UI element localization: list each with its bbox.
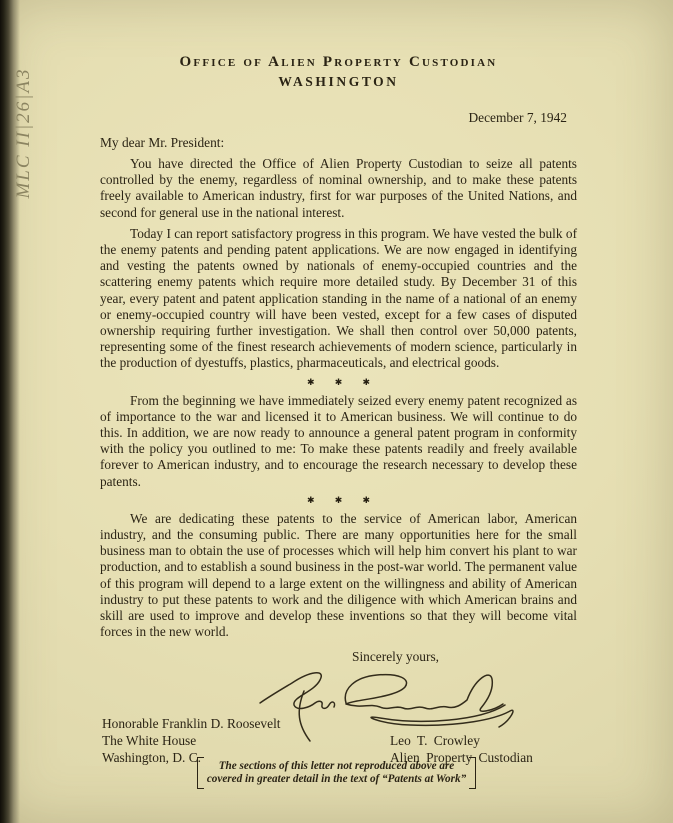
footnote-line-1: The sections of this letter not reproduc… <box>207 760 466 773</box>
letterhead: Office of Alien Property Custodian WASHI… <box>100 0 577 90</box>
footnote-text: The sections of this letter not reproduc… <box>207 760 466 786</box>
sender-name: Leo T. Crowley <box>390 732 533 749</box>
letterhead-city: WASHINGTON <box>100 74 577 90</box>
footnote-bracket-left <box>197 757 204 789</box>
letter-body: Office of Alien Property Custodian WASHI… <box>100 0 577 777</box>
handwritten-catalog-note: MLC II|26|A3 <box>13 35 39 231</box>
footnote: The sections of this letter not reproduc… <box>0 757 673 789</box>
paragraph-2: Today I can report satisfactory progress… <box>100 226 577 372</box>
paragraph-3: From the beginning we have immediately s… <box>100 393 577 490</box>
closing-phrase: Sincerely yours, <box>100 649 577 665</box>
recipient-line-2: The White House <box>102 732 281 749</box>
star-separator-1: ✱ ✱ ✱ <box>100 377 577 388</box>
paragraph-4: We are dedicating these patents to the s… <box>100 511 577 641</box>
scanned-letter-page: MLC II|26|A3 Office of Alien Property Cu… <box>0 0 673 823</box>
date-line: December 7, 1942 <box>100 110 577 126</box>
star-separator-2: ✱ ✱ ✱ <box>100 495 577 506</box>
footnote-bracket-right <box>469 757 476 789</box>
recipient-line-1: Honorable Franklin D. Roosevelt <box>102 715 281 732</box>
letterhead-office-name: Office of Alien Property Custodian <box>100 54 577 71</box>
paragraph-1: You have directed the Office of Alien Pr… <box>100 156 577 221</box>
footnote-line-2: covered in greater detail in the text of… <box>207 773 466 786</box>
salutation: My dear Mr. President: <box>100 135 577 151</box>
